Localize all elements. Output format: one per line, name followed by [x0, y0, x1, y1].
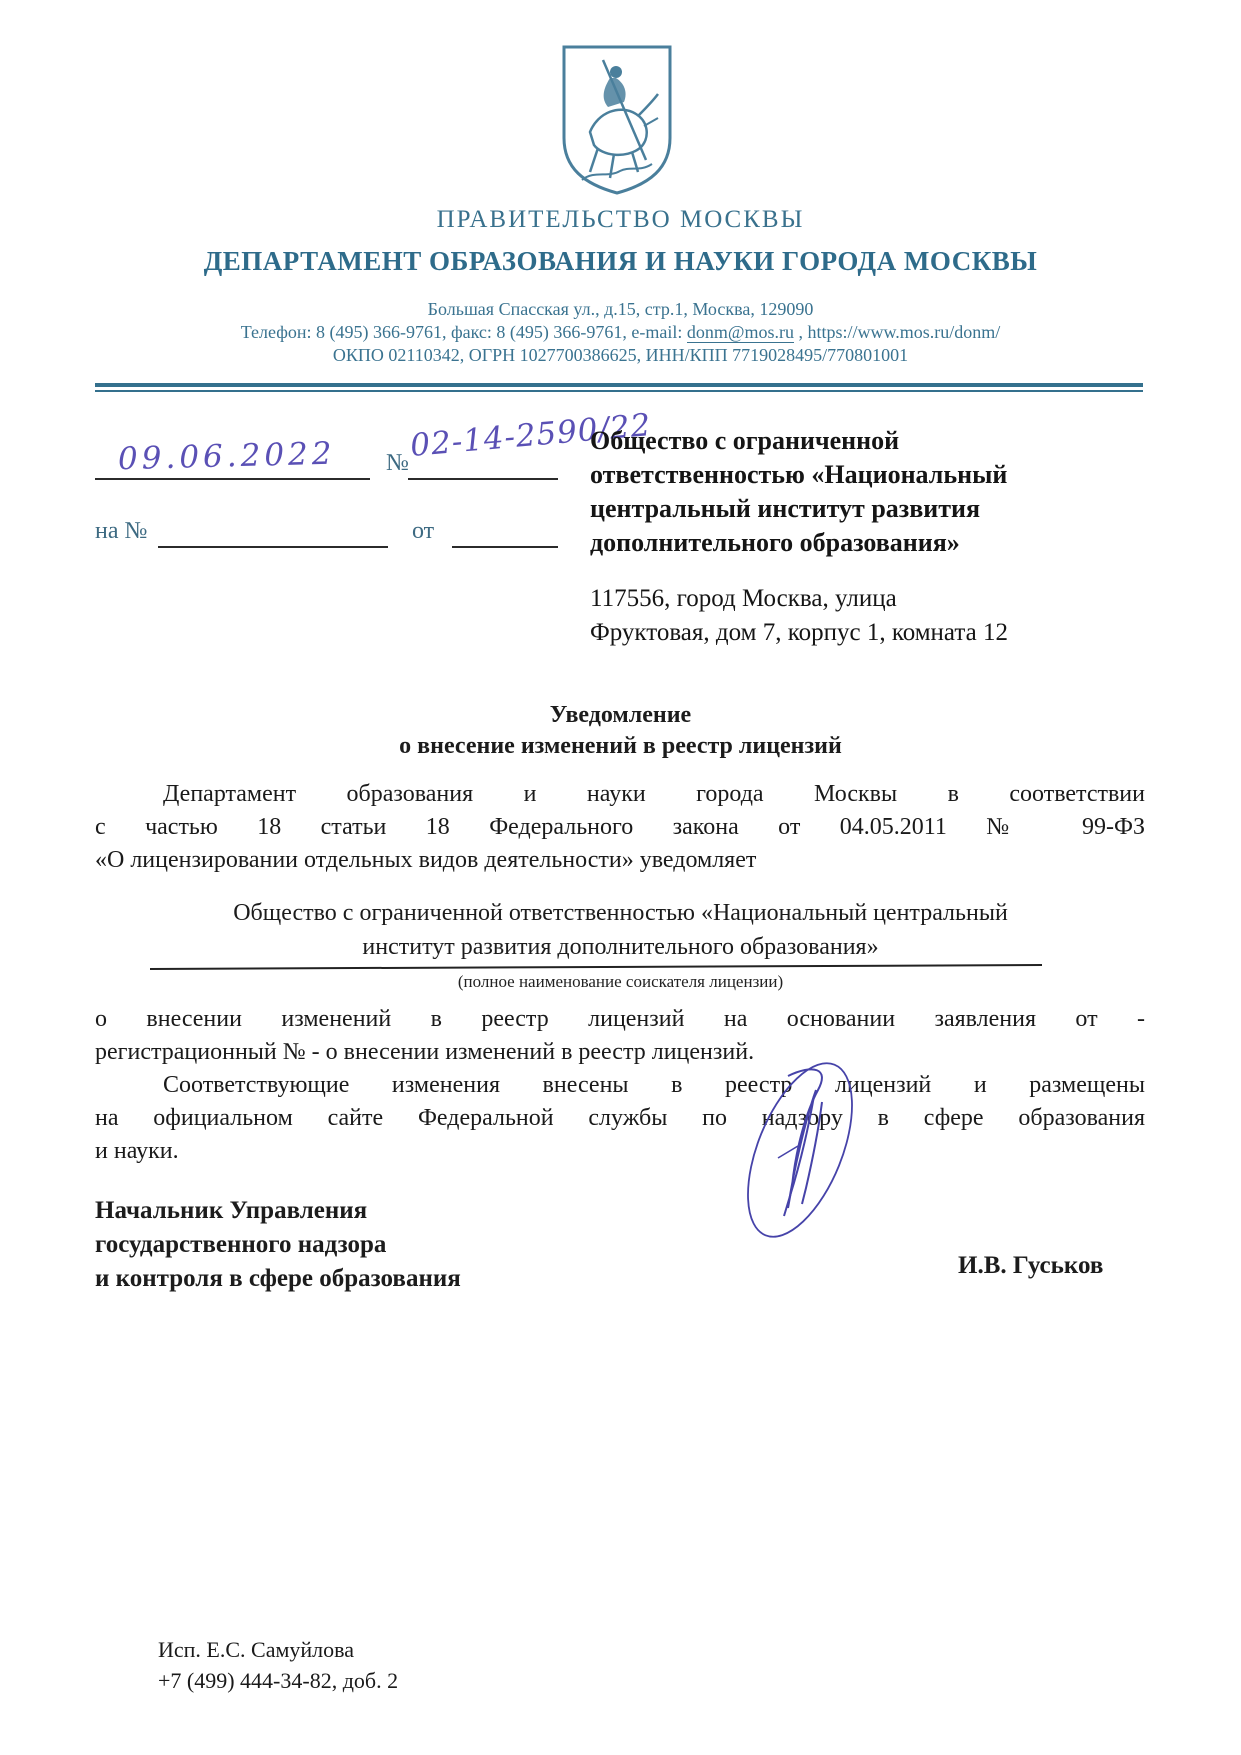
number-blank-line [408, 478, 558, 480]
licensee-name-line: Общество с ограниченной ответственностью… [98, 896, 1143, 930]
recipient-name-line: центральный институт развития [590, 492, 1060, 526]
paragraph-line: регистрационный № - о внесении изменений… [95, 1036, 1145, 1069]
body-paragraph-2: о внесении изменений в реестр лицензий н… [95, 1003, 1145, 1069]
signer-position-line: и контроля в сфере образования [95, 1262, 575, 1296]
letterhead-address: Большая Спасская ул., д.15, стр.1, Москв… [0, 299, 1241, 320]
letterhead-divider-thick [95, 383, 1143, 387]
signer-position: Начальник Управления государственного на… [95, 1194, 575, 1296]
document-title-line2: о внесение изменений в реестр лицензий [0, 731, 1241, 762]
paragraph-line: с частью 18 статьи 18 Федерального закон… [95, 811, 1145, 844]
executor-name: Исп. Е.С. Самуйлова [158, 1634, 398, 1665]
recipient-address-line: Фруктовая, дом 7, корпус 1, комната 12 [590, 616, 1060, 650]
licensee-name-line: институт развития дополнительного образо… [98, 930, 1143, 964]
recipient-name-line: дополнительного образования» [590, 526, 1060, 560]
department-title: ДЕПАРТАМЕНТ ОБРАЗОВАНИЯ И НАУКИ ГОРОДА М… [0, 246, 1241, 277]
number-sign-label: № [386, 450, 409, 477]
executor-block: Исп. Е.С. Самуйлова +7 (499) 444-34-82, … [158, 1634, 398, 1696]
letterhead-contacts: Телефон: 8 (495) 366-9761, факс: 8 (495)… [0, 322, 1241, 343]
document-title: Уведомление о внесение изменений в реест… [0, 700, 1241, 762]
email-link: donm@mos.ru [687, 322, 794, 343]
paragraph-line: о внесении изменений в реестр лицензий н… [95, 1003, 1145, 1036]
licensee-name-underline [150, 964, 1042, 970]
letterhead-registry-codes: ОКПО 02110342, ОГРН 1027700386625, ИНН/К… [0, 345, 1241, 366]
recipient-address-line: 117556, город Москва, улица [590, 582, 1060, 616]
moscow-coat-of-arms-icon [556, 42, 678, 198]
paragraph-line: Соответствующие изменения внесены в реес… [95, 1069, 1145, 1102]
scanned-letter-page: ПРАВИТЕЛЬСТВО МОСКВЫ ДЕПАРТАМЕНТ ОБРАЗОВ… [0, 0, 1241, 1755]
licensee-name-caption: (полное наименование соискателя лицензии… [98, 972, 1143, 992]
document-title-line1: Уведомление [0, 700, 1241, 731]
paragraph-line: «О лицензировании отдельных видов деятел… [95, 844, 1145, 877]
body-paragraph-3: Соответствующие изменения внесены в реес… [95, 1069, 1145, 1168]
body-paragraph-1: Департамент образования и науки города М… [95, 778, 1145, 877]
government-title: ПРАВИТЕЛЬСТВО МОСКВЫ [0, 206, 1241, 234]
signer-position-line: государственного надзора [95, 1228, 575, 1262]
licensee-full-name: Общество с ограниченной ответственностью… [98, 896, 1143, 964]
handwritten-signature [718, 1038, 888, 1253]
paragraph-line: Департамент образования и науки города М… [95, 778, 1145, 811]
reply-from-label: от [412, 518, 434, 545]
recipient-name: Общество с ограниченной ответственностью… [590, 424, 1060, 560]
recipient-name-line: ответственностью «Национальный [590, 458, 1060, 492]
reply-to-number-label: на № [95, 518, 147, 545]
recipient-name-line: Общество с ограниченной [590, 424, 1060, 458]
reply-number-blank-line [158, 546, 388, 548]
reply-date-blank-line [452, 546, 558, 548]
handwritten-date: 09.06.2022 [118, 435, 369, 478]
executor-phone: +7 (499) 444-34-82, доб. 2 [158, 1665, 398, 1696]
contact-prefix: Телефон: 8 (495) 366-9761, факс: 8 (495)… [241, 322, 687, 342]
signer-position-line: Начальник Управления [95, 1194, 575, 1228]
recipient-address: 117556, город Москва, улица Фруктовая, д… [590, 582, 1060, 650]
letterhead-divider-thin [95, 390, 1143, 392]
contact-suffix: , https://www.mos.ru/donm/ [794, 322, 1000, 342]
paragraph-line: на официальном сайте Федеральной службы … [95, 1102, 1145, 1135]
paragraph-line: и науки. [95, 1135, 1145, 1168]
signer-name: И.В. Гуськов [958, 1252, 1103, 1280]
date-blank-line [95, 478, 370, 480]
